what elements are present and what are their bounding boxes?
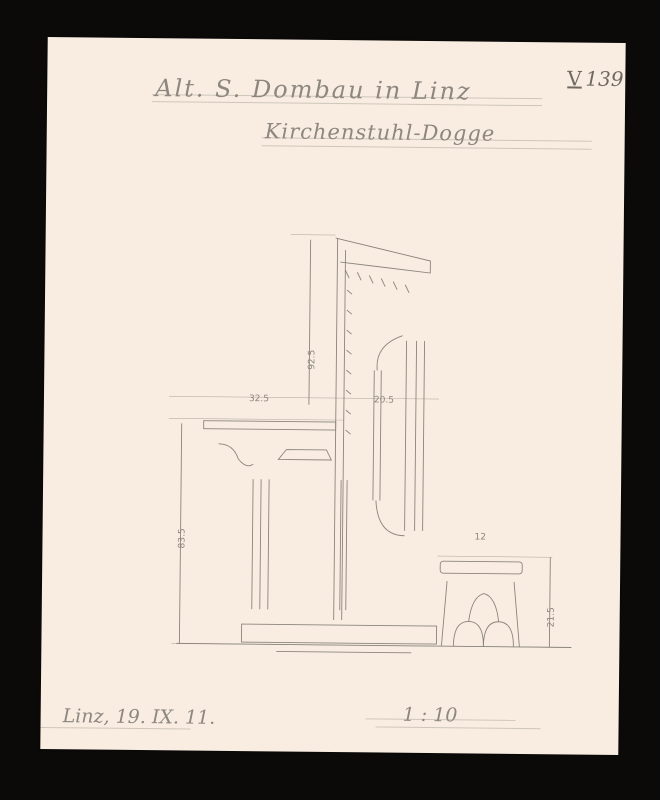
dim-backrest-height: 92.5 [307,350,317,370]
dim-seat-depth: 32.5 [249,394,269,404]
dim-side-width: 20.5 [374,395,394,405]
drawing-sheet: Alt. S. Dombau in Linz Kirchenstuhl-Dogg… [40,37,625,755]
dim-kneeler-height: 21.5 [547,607,557,627]
church-pew-elevation: 92.5 32.5 20.5 83.5 12 21.5 [40,37,625,755]
place-date: Linz, 19. IX. 11. [63,705,216,729]
dim-kneeler-width: 12 [474,532,486,542]
scale-label: 1 : 10 [403,704,458,727]
dim-seat-height: 83.5 [177,528,187,548]
